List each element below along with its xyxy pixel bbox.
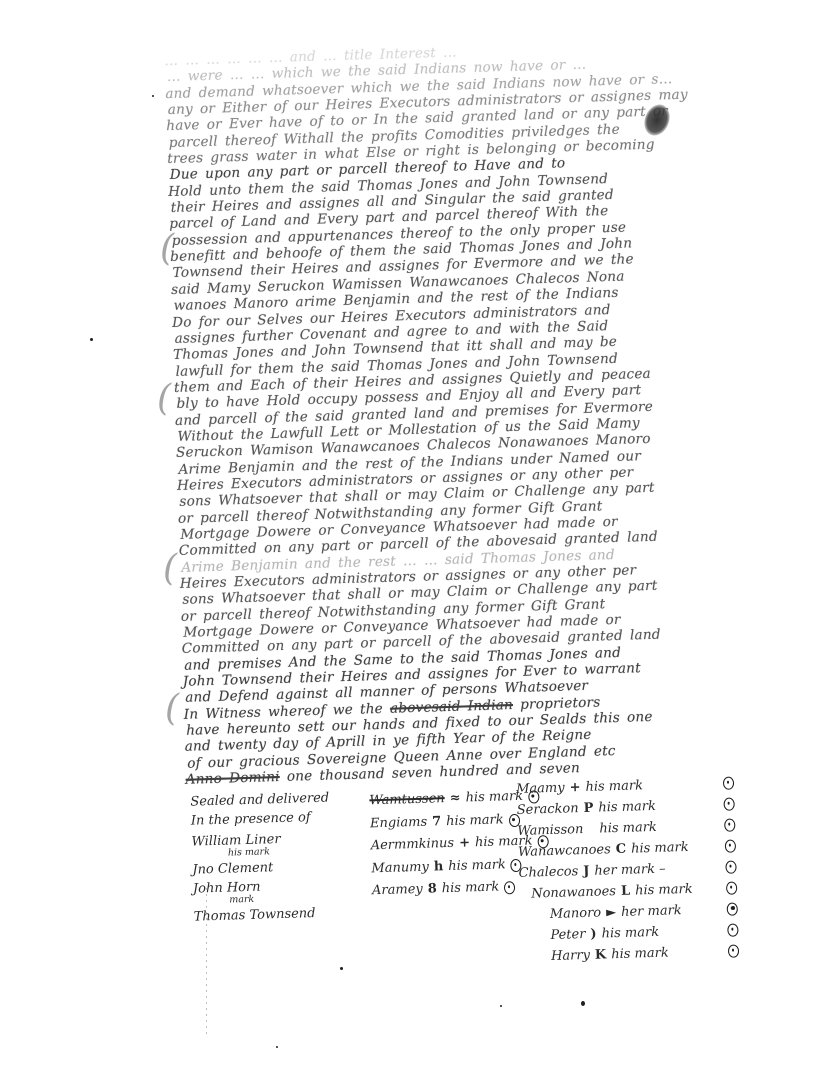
seal-icon (723, 798, 734, 811)
dust-speck (500, 1005, 502, 1007)
signature-mark-glyph: J (583, 861, 590, 882)
flourish-decoration: ( (160, 228, 174, 269)
mark-label: his mark (585, 776, 643, 799)
dust-speck (581, 1001, 585, 1006)
witness-name: Thomas Townsend (194, 907, 333, 925)
witness-mark-note: mark (229, 893, 332, 905)
deed-body-text: … … … … … … and … title Interest … … wer… (164, 36, 746, 788)
mark-label: his mark (601, 922, 659, 945)
signer-name: Aermmkinus (370, 833, 454, 858)
flourish-decoration: ( (163, 548, 177, 589)
signer-name: Nonawanoes (531, 882, 616, 906)
signer-row: Harry K his mark (551, 941, 740, 968)
seal-icon (726, 882, 737, 895)
witness-list: William Liner his mark Jno Clement John … (191, 832, 332, 925)
signature-section: Sealed and delivered In the presence of … (186, 775, 752, 1007)
signature-mark-glyph: K (595, 945, 607, 966)
mark-label: her mark – (594, 859, 666, 882)
signature-mark-glyph: + (459, 833, 471, 856)
signer-name: Serackon (516, 799, 579, 822)
signer-name: Manoro (550, 903, 602, 926)
seal-icon (725, 840, 736, 853)
signer-name: Engiams (370, 812, 428, 836)
page-fold-artifact (206, 888, 207, 1038)
signer-name: Manumy (371, 857, 429, 881)
mark-label: his mark (465, 786, 523, 810)
witness-entry: William Liner his mark (191, 832, 330, 859)
signer-name: Peter (550, 924, 586, 946)
dust-speck (340, 967, 343, 970)
seal-icon (728, 945, 739, 958)
signer-name: Maamy (516, 778, 565, 800)
signature-mark-glyph: 7 (432, 811, 442, 834)
signature-mark-glyph: + (569, 778, 581, 799)
witness-mark-note: his mark (228, 846, 331, 858)
mark-label: his mark (448, 854, 506, 878)
mark-label: his mark (442, 877, 500, 901)
signature-mark-glyph: h (434, 856, 444, 879)
witness-entry: John Horn mark (193, 879, 332, 906)
seal-icon (723, 777, 734, 790)
signer-name: Harry (551, 945, 590, 967)
signer-name: Wamisson (517, 819, 584, 842)
signature-mark-glyph: ► (606, 903, 617, 924)
mark-label: his mark (598, 796, 656, 819)
signer-name: Aramey (372, 879, 423, 903)
seal-icon (727, 924, 738, 937)
flourish-decoration: ( (157, 378, 171, 419)
dust-speck (152, 95, 154, 97)
seal-icon (504, 881, 515, 894)
mark-label: his mark (599, 817, 657, 840)
manuscript-block: … … … … … … and … title Interest … … wer… (164, 36, 752, 1006)
mark-label: his mark (635, 879, 693, 902)
seal-icon (725, 861, 736, 874)
witness-column: Sealed and delivered In the presence of … (190, 789, 333, 925)
mark-label: his mark (446, 809, 504, 833)
dust-speck (276, 1046, 278, 1048)
seal-icon (724, 819, 735, 832)
signature-mark-glyph: ) (590, 924, 597, 945)
scanned-deed-page: … … … … … … and … title Interest … … wer… (0, 0, 835, 1080)
witness-entry: Thomas Townsend (194, 907, 333, 925)
mark-label: his mark (631, 837, 689, 860)
signer-column-right: Maamy + his mark Serackon P his mark Wam (516, 773, 740, 968)
signature-mark-glyph: L (621, 881, 631, 902)
signature-mark-glyph: 8 (427, 879, 437, 902)
signature-mark-glyph: C (615, 839, 626, 860)
struck-text: Anno Domini (185, 769, 279, 788)
dust-speck (90, 338, 93, 341)
signature-mark-glyph: ≈ (449, 788, 461, 811)
flourish-decoration: ( (165, 688, 179, 729)
mark-label: his mark (611, 943, 669, 966)
witness-entry: Jno Clement (192, 860, 331, 878)
signer-name: Wanawcanoes (518, 840, 611, 864)
signature-mark-glyph: P (583, 798, 593, 819)
mark-label: her mark (621, 901, 682, 924)
signer-name: Chalecos (518, 862, 578, 885)
presence-line: In the presence of (191, 808, 330, 831)
witness-name: Jno Clement (192, 860, 331, 878)
dust-speck (731, 906, 735, 910)
signer-name: Wamtussen (369, 789, 445, 814)
